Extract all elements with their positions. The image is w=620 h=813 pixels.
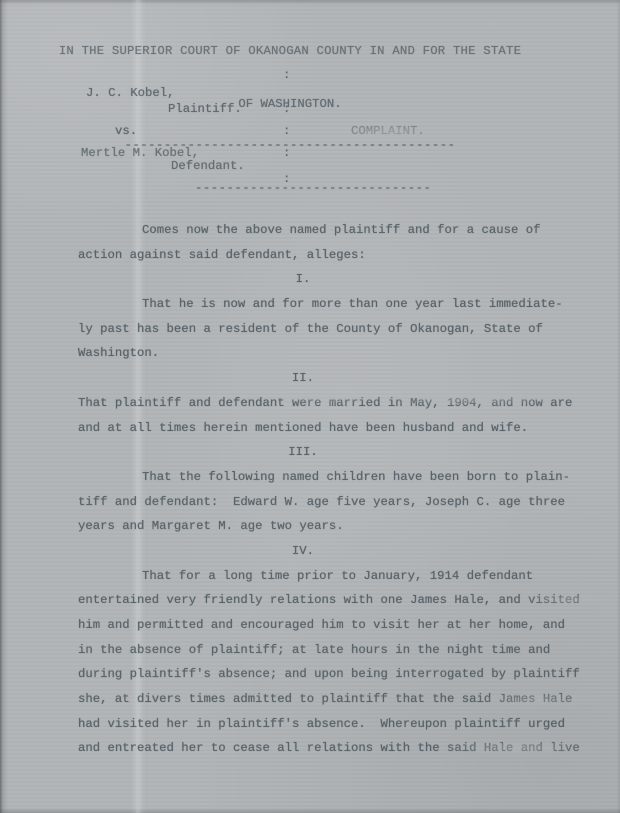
body-line: entertained very friendly relations with… [78, 588, 556, 613]
body-line: she, at divers times admitted to plainti… [78, 687, 556, 712]
document-title: COMPLAINT. [351, 124, 425, 138]
body-line: That plaintiff and defendant were marrie… [78, 391, 556, 416]
section-numeral: II. [78, 366, 528, 391]
section-numeral: III. [78, 440, 528, 465]
body-lines: Comes now the above named plaintiff and … [78, 218, 556, 761]
body-line: That for a long time prior to January, 1… [78, 564, 556, 589]
body-line: tiff and defendant: Edward W. age five y… [78, 490, 556, 515]
body-line: That the following named children have b… [78, 465, 556, 490]
body-line: had visited her in plaintiff's absence. … [78, 712, 556, 737]
body-line: and entreated her to cease all relations… [78, 736, 556, 761]
body-line: in the absence of plaintiff; at late hou… [78, 638, 556, 663]
body-line: ly past has been a resident of the Count… [78, 317, 556, 342]
versus-label: vs. [115, 124, 137, 138]
section-numeral: I. [78, 267, 528, 292]
body-line: That he is now and for more than one yea… [78, 292, 556, 317]
caption-colon: : [283, 146, 290, 160]
typewritten-text-layer: IN THE SUPERIOR COURT OF OKANOGAN COUNTY… [0, 0, 620, 813]
plaintiff-name: J. C. Kobel, [86, 86, 175, 100]
body-line: action against said defendant, alleges: [78, 243, 556, 268]
body-line: during plaintiff's absence; and upon bei… [78, 662, 556, 687]
body-line: Comes now the above named plaintiff and … [78, 218, 556, 243]
section-numeral: IV. [78, 539, 528, 564]
caption-colon: : [283, 124, 290, 138]
defendant-name: Mertle M. Kobel, [81, 146, 199, 160]
caption-dashed-rule: ------------------------------ [195, 181, 431, 195]
body-line: years and Margaret M. age two years. [78, 514, 556, 539]
document-page: IN THE SUPERIOR COURT OF OKANOGAN COUNTY… [0, 0, 620, 813]
body-line: and at all times herein mentioned have b… [78, 416, 556, 441]
caption-colon: : [283, 68, 290, 82]
defendant-label: Defendant. [171, 159, 245, 173]
court-title-line1: IN THE SUPERIOR COURT OF OKANOGAN COUNTY… [0, 44, 580, 58]
plaintiff-label: Plaintiff. [168, 102, 242, 116]
caption-colon: : [283, 102, 290, 116]
body-line: Washington. [78, 341, 556, 366]
body-line: him and permitted and encouraged him to … [78, 613, 556, 638]
